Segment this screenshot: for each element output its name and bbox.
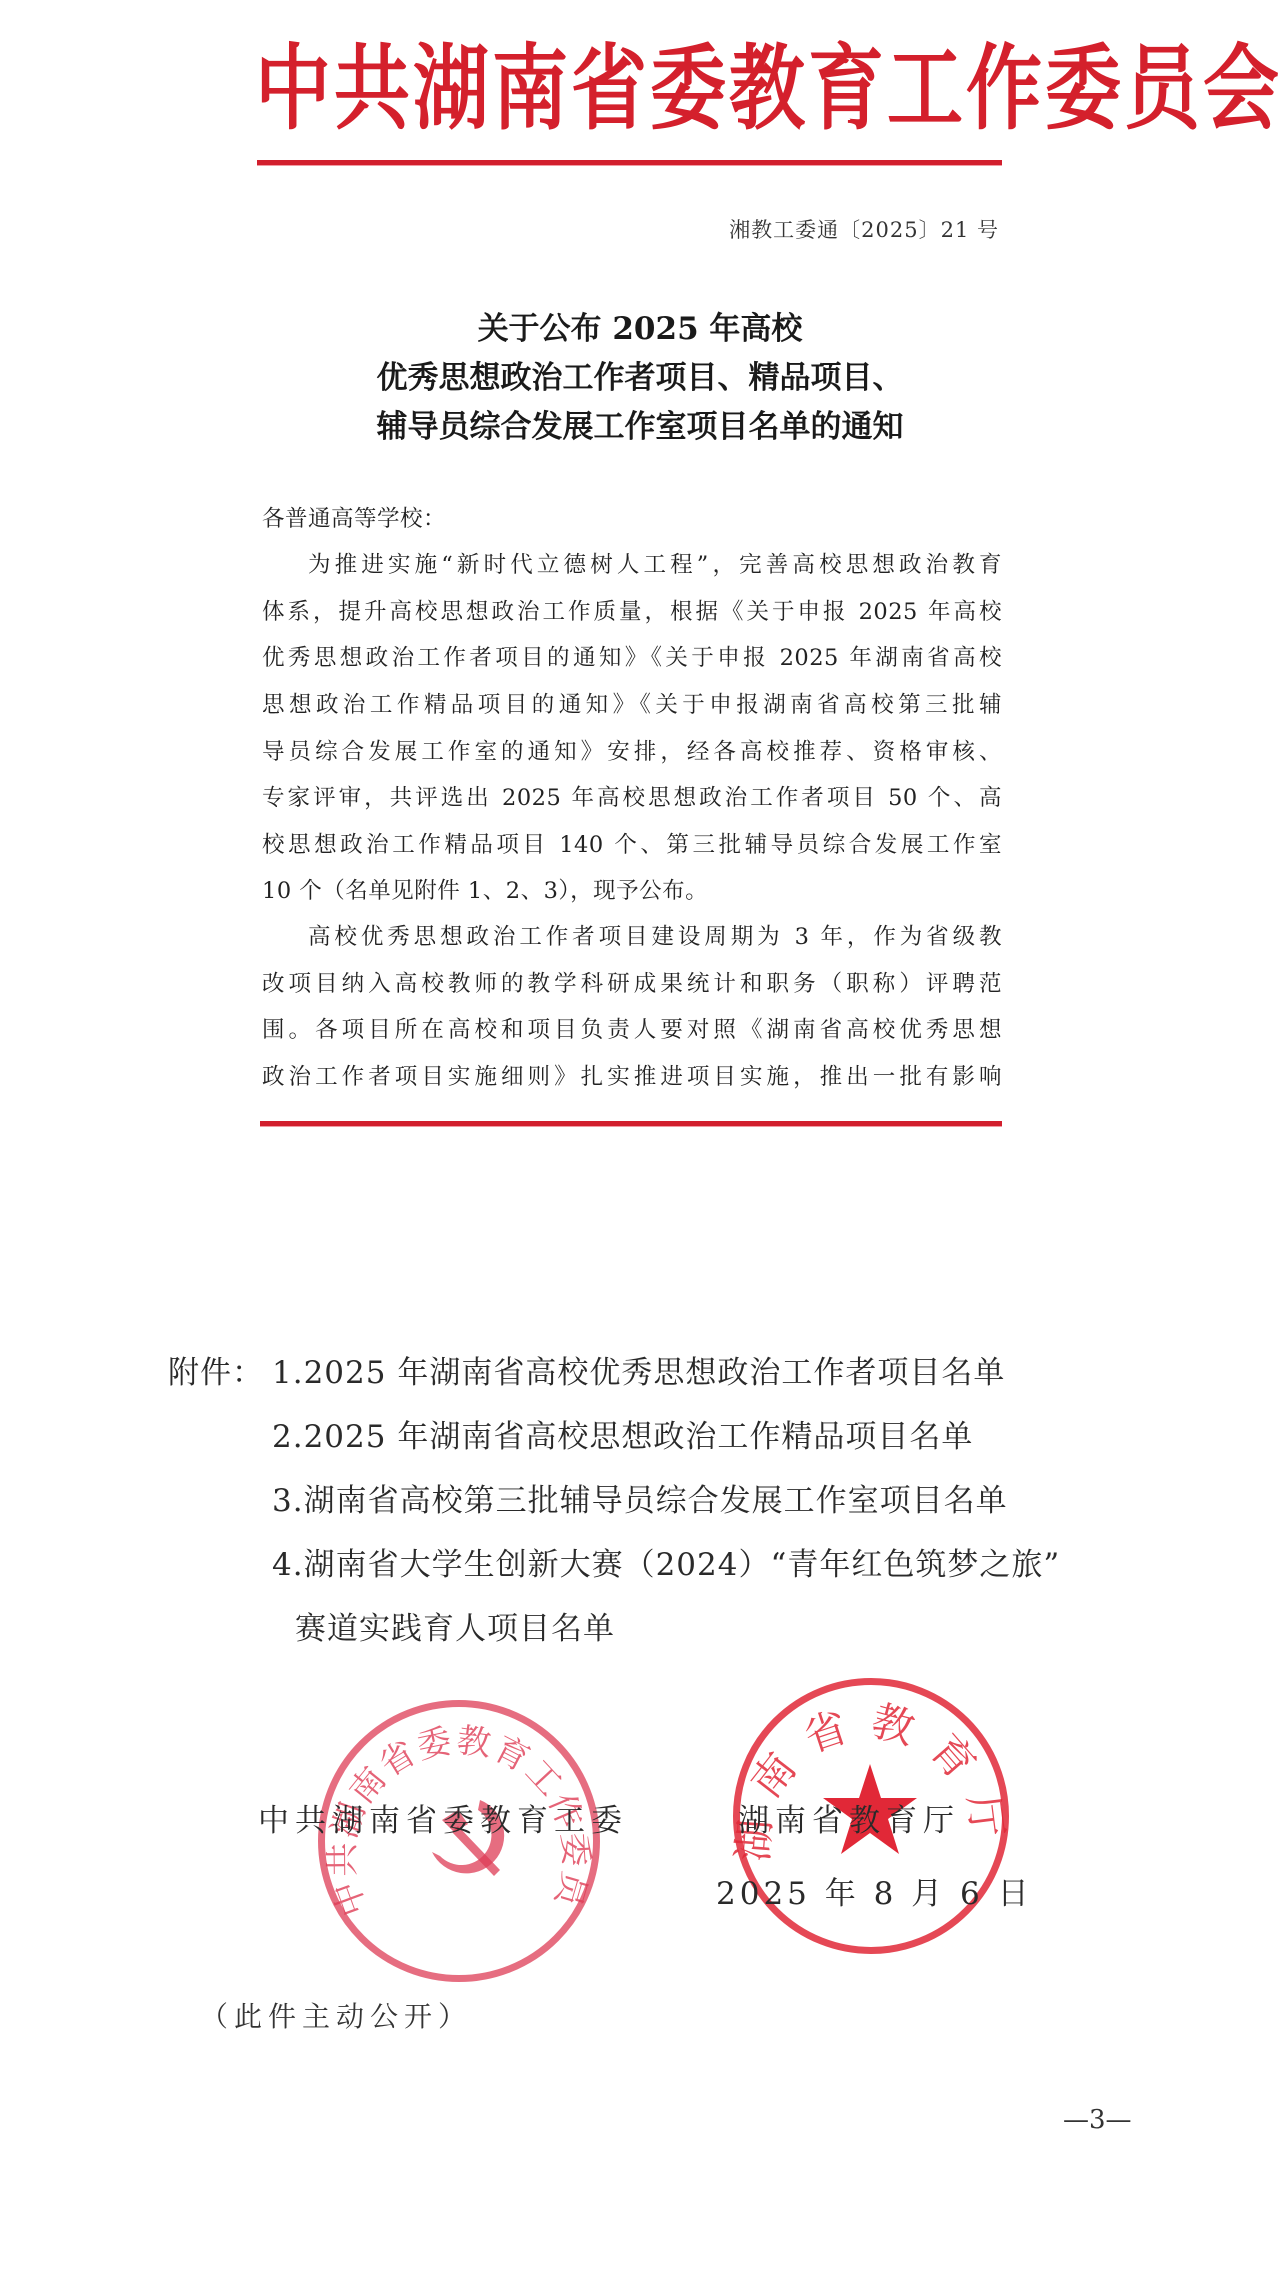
- title-line-1: 关于公布 2025 年高校: [240, 303, 1040, 348]
- body-line: 高校优秀思想政治工作者项目建设周期为 3 年，作为省级教: [308, 922, 1002, 952]
- body-line: 10 个（名单见附件 1、2、3），现予公布。: [262, 876, 1002, 906]
- body-line: 专家评审，共评选出 2025 年高校思想政治工作者项目 50 个、高: [262, 783, 1002, 813]
- signature-education-department: 湖南省教育厅: [738, 1795, 960, 1840]
- attachment-item: 2.2025 年湖南省高校思想政治工作精品项目名单: [272, 1411, 973, 1456]
- attachment-item-continued: 赛道实践育人项目名单: [295, 1603, 615, 1648]
- masthead-title: 中共湖南省委教育工作委员会: [255, 28, 1015, 150]
- document-number: 湘教工委通〔2025〕21 号: [729, 214, 999, 244]
- attachment-item: 1.2025 年湖南省高校优秀思想政治工作者项目名单: [272, 1347, 1005, 1392]
- bottom-red-rule: [260, 1121, 1002, 1126]
- body-line: 政治工作者项目实施细则》扎实推进项目实施，推出一批有影响: [262, 1062, 1002, 1092]
- body-line: 改项目纳入高校教师的教学科研成果统计和职务（职称）评聘范: [262, 969, 1002, 999]
- issue-date: 2025 年 8 月 6 日: [716, 1868, 1033, 1913]
- top-red-rule: [257, 160, 1002, 165]
- body-line: 体系，提升高校思想政治工作质量，根据《关于申报 2025 年高校: [262, 597, 1002, 627]
- title-line-2: 优秀思想政治工作者项目、精品项目、: [240, 352, 1040, 397]
- title-line-3: 辅导员综合发展工作室项目名单的通知: [240, 401, 1040, 446]
- body-line: 校思想政治工作精品项目 140 个、第三批辅导员综合发展工作室: [262, 830, 1002, 860]
- page-number: —3—: [1063, 2105, 1132, 2135]
- body-line: 为推进实施“新时代立德树人工程”，完善高校思想政治教育: [308, 550, 1002, 580]
- salutation: 各普通高等学校：: [262, 504, 1002, 534]
- attachment-item: 3.湖南省高校第三批辅导员综合发展工作室项目名单: [272, 1475, 1008, 1520]
- body-line: 优秀思想政治工作者项目的通知》《关于申报 2025 年湖南省高校: [262, 643, 1002, 673]
- signature-party-committee: 中共湖南省委教育工委: [258, 1795, 628, 1840]
- body-line: 导员综合发展工作室的通知》安排，经各高校推荐、资格审核、: [262, 737, 1002, 767]
- body-line: 思想政治工作精品项目的通知》《关于申报湖南省高校第三批辅: [262, 690, 1002, 720]
- disclosure-note: （此件主动公开）: [200, 1995, 472, 2035]
- attachment-item: 4.湖南省大学生创新大赛（2024）“青年红色筑梦之旅”: [272, 1539, 1060, 1584]
- attachments-label: 附件：: [168, 1347, 264, 1392]
- body-line: 围。各项目所在高校和项目负责人要对照《湖南省高校优秀思想: [262, 1015, 1002, 1045]
